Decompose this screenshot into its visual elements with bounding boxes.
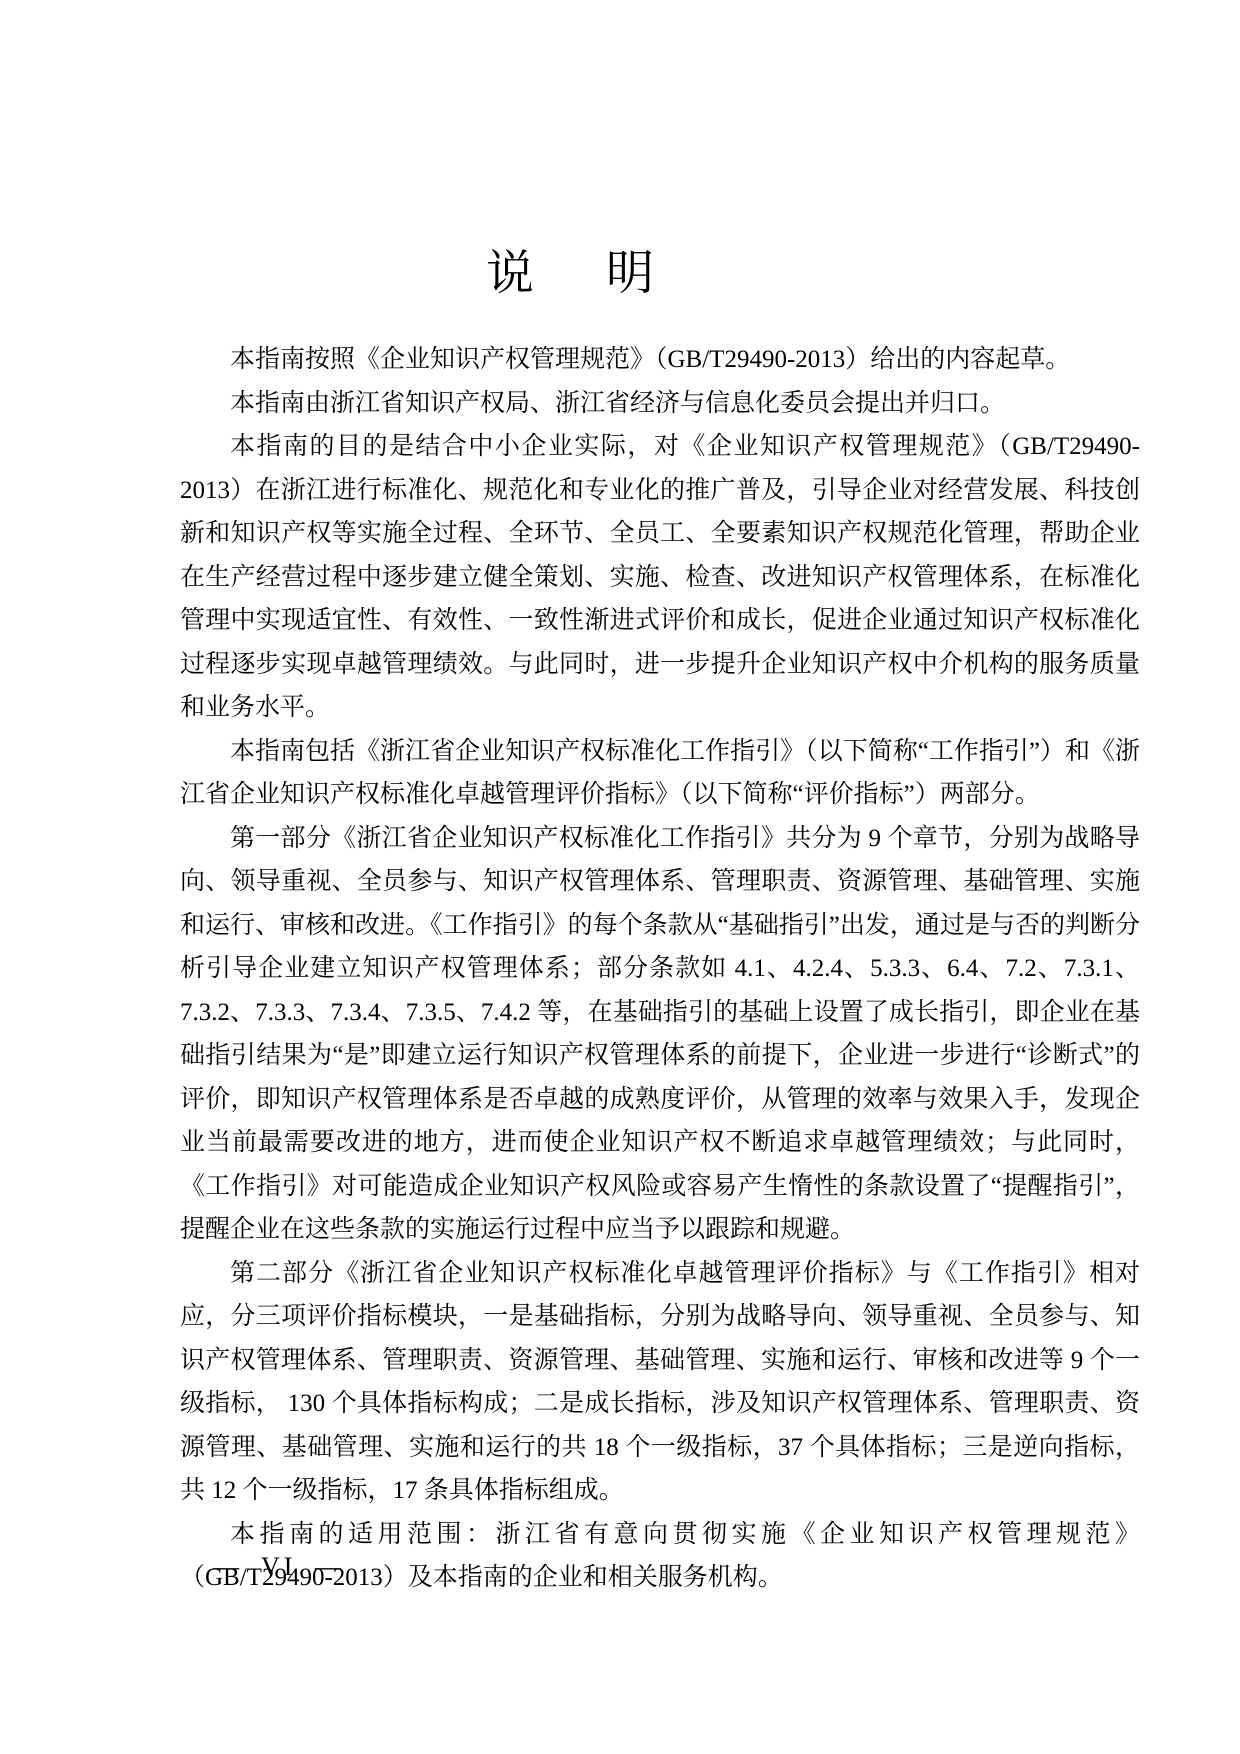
paragraph-guide-composition: 本指南包括《浙江省企业知识产权标准化工作指引》（以下简称“工作指引”）和《浙江省… [180, 730, 1140, 817]
paragraph-drafting-basis: 本指南按照《企业知识产权管理规范》（GB/T29490-2013）给出的内容起草… [180, 338, 1140, 382]
document-page: 说 明 本指南按照《企业知识产权管理规范》（GB/T29490-2013）给出的… [0, 0, 1240, 1754]
paragraph-purpose: 本指南的目的是结合中小企业实际，对《企业知识产权管理规范》（GB/T29490-… [180, 425, 1140, 730]
document-body: 本指南按照《企业知识产权管理规范》（GB/T29490-2013）给出的内容起草… [180, 338, 1140, 1600]
paragraph-proposing-bodies: 本指南由浙江省知识产权局、浙江省经济与信息化委员会提出并归口。 [180, 382, 1140, 426]
document-title: 说 明 [0, 244, 1196, 304]
page-number: — VI — [213, 1552, 345, 1582]
paragraph-part-one-work-guide: 第一部分《浙江省企业知识产权标准化工作指引》共分为 9 个章节，分别为战略导向、… [180, 817, 1140, 1252]
paragraph-part-two-evaluation-indicators: 第二部分《浙江省企业知识产权标准化卓越管理评价指标》与《工作指引》相对应，分三项… [180, 1252, 1140, 1513]
